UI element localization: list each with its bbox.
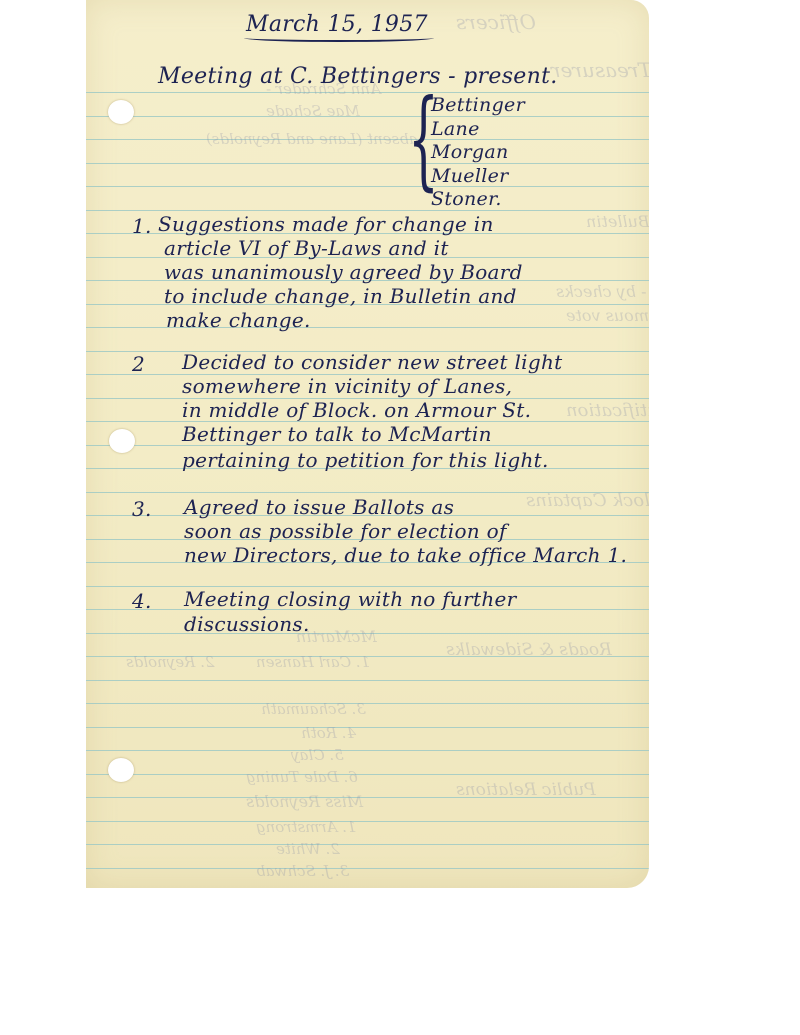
- lined-notebook-page: Officers Treasurer Ann Schrader - Mae Sc…: [86, 0, 649, 888]
- attendee-name: Mueller: [431, 165, 525, 189]
- item-3-line: new Directors, due to take office March …: [184, 543, 627, 567]
- ruled-line: [86, 774, 649, 775]
- meeting-heading: Meeting at C. Bettingers - present.: [158, 64, 558, 89]
- bleed-through-text: absent (Lane and Reynolds): [206, 130, 418, 148]
- ruled-line: [86, 844, 649, 845]
- bleed-through-text: Beautification: [566, 400, 649, 421]
- punch-hole-bottom: [108, 758, 134, 782]
- ruled-line: [86, 186, 649, 187]
- bleed-through-text: Officers: [456, 10, 536, 34]
- item-2-line: Decided to consider new street light: [182, 350, 562, 374]
- attendee-name: Morgan: [431, 141, 525, 165]
- item-2-line: somewhere in vicinity of Lanes,: [182, 374, 512, 398]
- bleed-through-text: 4. Roth: [301, 724, 356, 742]
- ruled-line: [86, 727, 649, 728]
- bleed-through-text: 1. Carl Hansen: [256, 653, 370, 671]
- ruled-line: [86, 750, 649, 751]
- bleed-through-text: 3. Schaumath: [261, 700, 366, 718]
- item-number: 1.: [132, 214, 152, 238]
- ruled-line: [86, 210, 649, 211]
- bleed-through-text: Miss Reynolds: [246, 792, 363, 811]
- punch-hole-top: [108, 100, 134, 124]
- item-3-line: soon as possible for election of: [184, 519, 507, 543]
- bleed-through-text: Bulletin: [586, 212, 649, 231]
- bleed-through-text: Public Relations: [456, 780, 596, 800]
- item-2-line: Bettinger to talk to McMartin: [182, 422, 492, 446]
- item-number: 3.: [132, 497, 152, 521]
- item-1-line: was unanimously agreed by Board: [164, 260, 523, 284]
- bleed-through-text: Block Captains: [526, 490, 649, 511]
- attendee-name: Stoner.: [431, 188, 525, 212]
- item-4-line: Meeting closing with no further: [184, 587, 517, 611]
- bleed-through-text: 5. Clay: [291, 746, 344, 764]
- item-2-line: in middle of Block. on Armour St.: [182, 398, 531, 422]
- item-1-line: make change.: [166, 308, 311, 332]
- bleed-through-text: Treasurer: [551, 58, 649, 82]
- item-1-line: article VI of By-Laws and it: [164, 236, 449, 260]
- attendee-name: Lane: [431, 118, 525, 142]
- punch-hole-middle: [109, 429, 135, 453]
- item-4-line: discussions.: [184, 612, 310, 636]
- bleed-through-text: unanimous vote: [566, 306, 649, 325]
- item-1-line: Suggestions made for change in: [158, 212, 494, 236]
- attendee-name: Bettinger: [431, 94, 525, 118]
- item-1-line: to include change, in Bulletin and: [164, 284, 517, 308]
- attendee-list: Bettinger Lane Morgan Mueller Stoner.: [431, 94, 525, 212]
- bleed-through-text: Reynolds - by checks: [556, 282, 649, 301]
- ruled-line: [86, 821, 649, 822]
- bleed-through-text: 1. Armstrong: [256, 818, 357, 836]
- bleed-through-text: 2. Reynolds: [126, 653, 215, 671]
- bleed-through-text: 2. White: [276, 840, 340, 858]
- bleed-through-text: Mae Schade: [266, 102, 360, 120]
- item-number: 2: [132, 352, 145, 376]
- ruled-line: [86, 116, 649, 117]
- item-2-line: pertaining to petition for this light.: [182, 448, 549, 472]
- bleed-through-text: 3. J. Schwab: [256, 862, 349, 880]
- bleed-through-text: Roads & Sidewalks: [446, 640, 612, 660]
- item-3-line: Agreed to issue Ballots as: [184, 495, 454, 519]
- item-number: 4.: [132, 589, 152, 613]
- ruled-line: [86, 163, 649, 164]
- ruled-line: [86, 868, 649, 869]
- date-underline: [244, 34, 434, 42]
- ruled-line: [86, 680, 649, 681]
- bleed-through-text: 6. Dale Tuning: [246, 768, 358, 786]
- ruled-line: [86, 703, 649, 704]
